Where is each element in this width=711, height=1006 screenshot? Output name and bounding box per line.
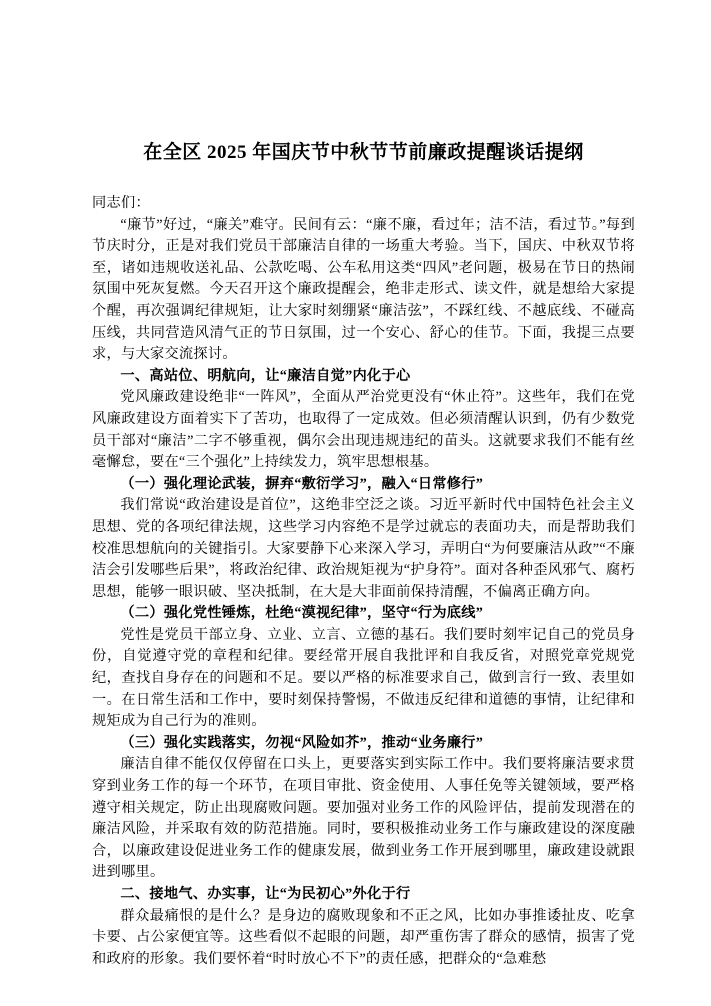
subsection-heading-1-2: （二）强化党性锤炼，杜绝“漠视纪律”，坚守“行为底线” — [92, 603, 635, 625]
document-page: 在全区 2025 年国庆节中秋节节前廉政提醒谈话提纲 同志们： “廉节”好过，“… — [0, 0, 711, 1006]
subsection-heading-1-1: （一）强化理论武装，摒弃“敷衍学习”，融入“日常修行” — [92, 474, 635, 496]
section-heading-1: 一、高站位、明航向，让“廉洁自觉”内化于心 — [92, 366, 635, 388]
body-paragraph-intro: “廉节”好过，“廉关”难守。民间有云：“廉不廉，看过年；洁不洁，看过节。”每到节… — [92, 215, 635, 366]
body-paragraph-subsection-1-2: 党性是党员干部立身、立业、立言、立德的基石。我们要时刻牢记自己的党员身份，自觉遵… — [92, 625, 635, 733]
document-title: 在全区 2025 年国庆节中秋节节前廉政提醒谈话提纲 — [92, 140, 635, 166]
subsection-heading-1-3: （三）强化实践落实，勿视“风险如芥”，推动“业务廉行” — [92, 733, 635, 755]
body-paragraph-section-1: 党风廉政建设绝非“一阵风”，全面从严治党更没有“休止符”。这些年，我们在党风廉政… — [92, 387, 635, 473]
body-paragraph-section-2-truncated: 群众最痛恨的是什么？是身边的腐败现象和不正之风，比如办事推诿扯皮、吃拿卡要、占公… — [92, 906, 635, 971]
body-paragraph-subsection-1-3: 廉洁自律不能仅仅停留在口头上，更要落实到实际工作中。我们要将廉洁要求贯穿到业务工… — [92, 754, 635, 884]
document-content: 在全区 2025 年国庆节中秋节节前廉政提醒谈话提纲 同志们： “廉节”好过，“… — [92, 140, 635, 970]
body-paragraph-subsection-1-1: 我们常说“政治建设是首位”，这绝非空泛之谈。习近平新时代中国特色社会主义思想、党… — [92, 495, 635, 603]
greeting-line: 同志们： — [92, 193, 635, 215]
section-heading-2: 二、接地气、办实事，让“为民初心”外化于行 — [92, 884, 635, 906]
